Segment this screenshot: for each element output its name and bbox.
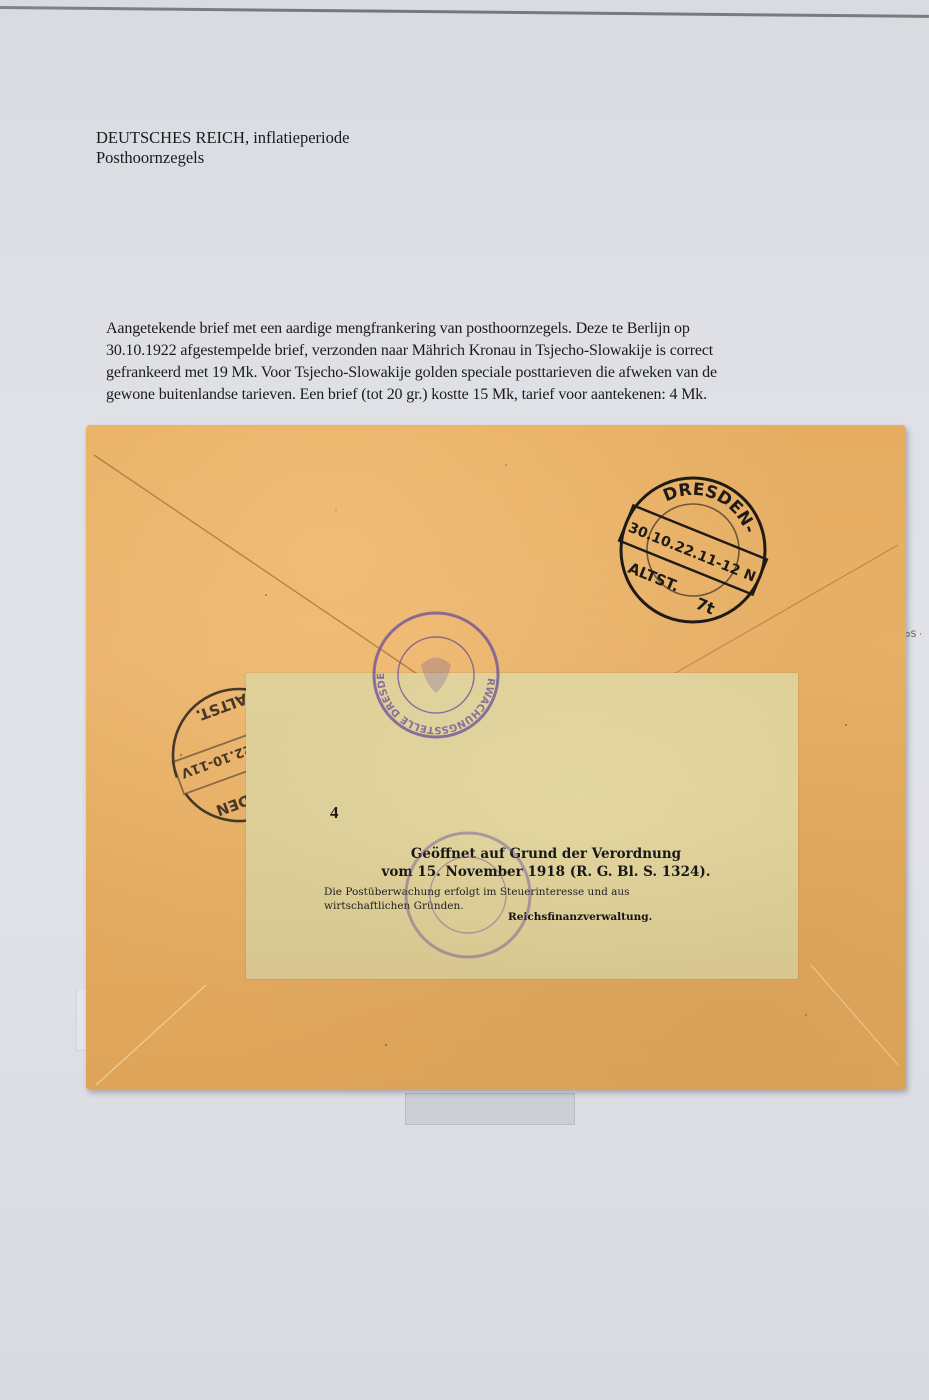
censor-number: 4	[330, 803, 339, 823]
description-line: gewone buitenlandse tarieven. Een brief …	[106, 384, 846, 406]
description-line: Aangetekende brief met een aardige mengf…	[106, 318, 846, 340]
postmark-bottom-right: 7t	[693, 594, 718, 619]
margin-mark: ᴝS ·	[904, 630, 922, 640]
censor-title-line: Geöffnet auf Grund der Verordnung	[326, 845, 766, 863]
page-title: DEUTSCHES REICH, inflatieperiode	[96, 128, 349, 148]
violet-censor-seal: POSTÜBERWACHUNGSSTELLE DRESDEN ALTST.	[366, 605, 506, 745]
envelope-back: DRESDEN- 30.10.22.11-12 N ALTST. 7t DRES…	[86, 425, 906, 1090]
dresden-postmark-right: DRESDEN- 30.10.22.11-12 N ALTST. 7t	[608, 465, 778, 635]
censor-note: Die Postüberwachung erfolgt im Steuerint…	[324, 885, 764, 913]
censor-note-line: Die Postüberwachung erfolgt im Steuerint…	[324, 885, 764, 899]
album-page-edge	[0, 6, 929, 18]
mount-tape	[405, 1093, 575, 1125]
page-header: DEUTSCHES REICH, inflatieperiode Posthoo…	[96, 128, 349, 168]
page-subtitle: Posthoornzegels	[96, 148, 349, 168]
censor-title: Geöffnet auf Grund der Verordnung vom 15…	[326, 845, 766, 881]
postmark-top-text: DRESDEN-	[655, 465, 769, 541]
postmark-left-top: ALTST.	[193, 689, 249, 724]
svg-text:DRESDEN-: DRESDEN-	[655, 465, 769, 541]
description-line: 30.10.1922 afgestempelde brief, verzonde…	[106, 340, 846, 362]
description-line: gefrankeerd met 19 Mk. Voor Tsjecho-Slow…	[106, 362, 846, 384]
censor-title-line: vom 15. November 1918 (R. G. Bl. S. 1324…	[326, 863, 766, 881]
description-text: Aangetekende brief met een aardige mengf…	[106, 318, 846, 406]
violet-censor-seal-lower	[398, 825, 538, 965]
